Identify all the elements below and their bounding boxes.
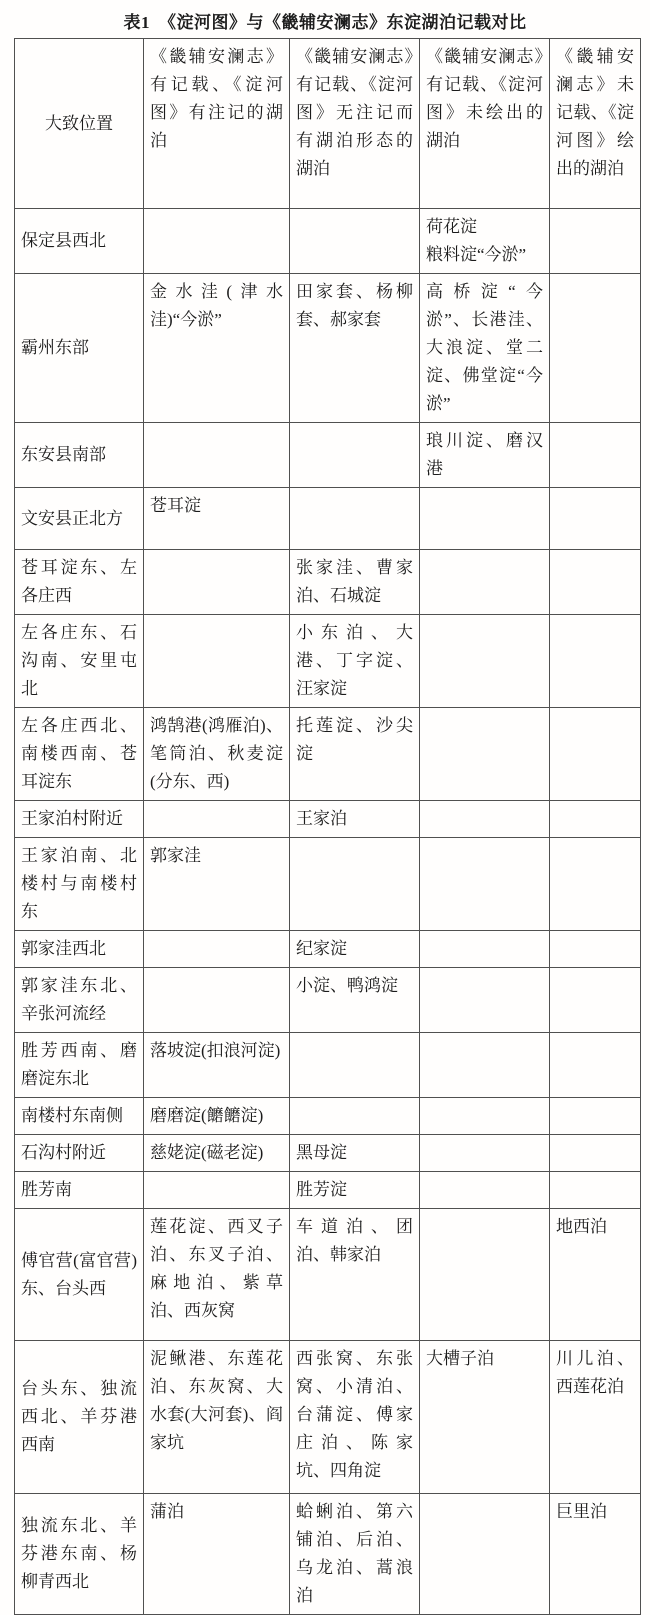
position-cell: 苍耳淀东、左各庄西: [15, 550, 144, 615]
not-drawn-lakes-cell: 大槽子泊: [420, 1341, 550, 1494]
map-only-lakes-cell: [550, 1172, 641, 1209]
header-cell-annotated: 《畿辅安澜志》有记载、《淀河图》有注记的湖泊: [144, 39, 290, 209]
table-row: 石沟村附近慈姥淀(磁老淀)黑母淀: [15, 1135, 641, 1172]
map-only-lakes-cell: [550, 708, 641, 801]
table-row: 文安县正北方苍耳淀: [15, 488, 641, 550]
annotated-lakes-cell: 泥鳅港、东莲花泊、东灰窝、大水套(大河套)、阎家坑: [144, 1341, 290, 1494]
map-only-lakes-cell: [550, 1098, 641, 1135]
map-only-lakes-cell: [550, 423, 641, 488]
shape-only-lakes-cell: 张家洼、曹家泊、石城淀: [290, 550, 420, 615]
map-only-lakes-cell: 巨里泊: [550, 1494, 641, 1615]
not-drawn-lakes-cell: [420, 1098, 550, 1135]
shape-only-lakes-cell: [290, 838, 420, 931]
position-cell: 南楼村东南侧: [15, 1098, 144, 1135]
annotated-lakes-cell: 蒲泊: [144, 1494, 290, 1615]
annotated-lakes-cell: 落坡淀(扣浪河淀): [144, 1033, 290, 1098]
table-row: 胜芳南胜芳淀: [15, 1172, 641, 1209]
not-drawn-lakes-cell: [420, 1494, 550, 1615]
not-drawn-lakes-cell: [420, 838, 550, 931]
not-drawn-lakes-cell: [420, 1135, 550, 1172]
annotated-lakes-cell: 莲花淀、西叉子泊、东叉子泊、麻地泊、紫草泊、西灰窝: [144, 1209, 290, 1341]
map-only-lakes-cell: [550, 209, 641, 274]
header-cell-shape-only: 《畿辅安澜志》有记载、《淀河图》无注记而有湖泊形态的湖泊: [290, 39, 420, 209]
document-page: 表1 《淀河图》与《畿辅安澜志》东淀湖泊记载对比 大致位置 《畿辅安澜志》有记载…: [0, 0, 650, 1615]
position-cell: 霸州东部: [15, 274, 144, 423]
position-cell: 胜芳西南、磨磨淀东北: [15, 1033, 144, 1098]
annotated-lakes-cell: [144, 550, 290, 615]
table-row: 独流东北、羊芬港东南、杨柳青西北蒲泊蛤蜊泊、第六铺泊、后泊、乌龙泊、蒿浪泊巨里泊: [15, 1494, 641, 1615]
position-cell: 左各庄西北、南楼西南、苍耳淀东: [15, 708, 144, 801]
table-row: 胜芳西南、磨磨淀东北落坡淀(扣浪河淀): [15, 1033, 641, 1098]
annotated-lakes-cell: [144, 801, 290, 838]
table-row: 左各庄东、石沟南、安里屯北小东泊、大港、丁字淀、汪家淀: [15, 615, 641, 708]
shape-only-lakes-cell: 胜芳淀: [290, 1172, 420, 1209]
annotated-lakes-cell: [144, 209, 290, 274]
position-cell: 独流东北、羊芬港东南、杨柳青西北: [15, 1494, 144, 1615]
shape-only-lakes-cell: 蛤蜊泊、第六铺泊、后泊、乌龙泊、蒿浪泊: [290, 1494, 420, 1615]
not-drawn-lakes-cell: [420, 615, 550, 708]
map-only-lakes-cell: 川儿泊、西莲花泊: [550, 1341, 641, 1494]
annotated-lakes-cell: 金水洼(津水洼)“今淤”: [144, 274, 290, 423]
map-only-lakes-cell: [550, 488, 641, 550]
shape-only-lakes-cell: 黑母淀: [290, 1135, 420, 1172]
table-row: 王家泊村附近王家泊: [15, 801, 641, 838]
not-drawn-lakes-cell: [420, 550, 550, 615]
annotated-lakes-cell: [144, 931, 290, 968]
map-only-lakes-cell: [550, 1033, 641, 1098]
lake-comparison-table: 大致位置 《畿辅安澜志》有记载、《淀河图》有注记的湖泊 《畿辅安澜志》有记载、《…: [14, 38, 641, 1615]
shape-only-lakes-cell: 小淀、鸭鸿淀: [290, 968, 420, 1033]
not-drawn-lakes-cell: [420, 931, 550, 968]
not-drawn-lakes-cell: 高桥淀“今淤”、长港洼、大浪淀、堂二淀、佛堂淀“今淤”: [420, 274, 550, 423]
shape-only-lakes-cell: 托莲淀、沙尖淀: [290, 708, 420, 801]
position-cell: 郭家洼东北、辛张河流经: [15, 968, 144, 1033]
table-body: 保定县西北荷花淀 粮料淀“今淤”霸州东部金水洼(津水洼)“今淤”田家套、杨柳套、…: [15, 209, 641, 1615]
shape-only-lakes-cell: 纪家淀: [290, 931, 420, 968]
annotated-lakes-cell: 磨磨淀(饝饝淀): [144, 1098, 290, 1135]
map-only-lakes-cell: [550, 838, 641, 931]
table-row: 东安县南部琅川淀、磨汉港: [15, 423, 641, 488]
table-row: 郭家洼西北纪家淀: [15, 931, 641, 968]
table-row: 霸州东部金水洼(津水洼)“今淤”田家套、杨柳套、郝家套高桥淀“今淤”、长港洼、大…: [15, 274, 641, 423]
position-cell: 台头东、独流西北、羊芬港西南: [15, 1341, 144, 1494]
header-cell-not-drawn: 《畿辅安澜志》有记载、《淀河图》未绘出的湖泊: [420, 39, 550, 209]
table-row: 王家泊南、北楼村与南楼村东郭家洼: [15, 838, 641, 931]
annotated-lakes-cell: 郭家洼: [144, 838, 290, 931]
shape-only-lakes-cell: 田家套、杨柳套、郝家套: [290, 274, 420, 423]
table-row: 左各庄西北、南楼西南、苍耳淀东鸿鹄港(鸿雁泊)、笔筒泊、秋麦淀(分东、西)托莲淀…: [15, 708, 641, 801]
annotated-lakes-cell: 慈姥淀(磁老淀): [144, 1135, 290, 1172]
not-drawn-lakes-cell: [420, 488, 550, 550]
annotated-lakes-cell: [144, 423, 290, 488]
map-only-lakes-cell: 地西泊: [550, 1209, 641, 1341]
table-row: 南楼村东南侧磨磨淀(饝饝淀): [15, 1098, 641, 1135]
map-only-lakes-cell: [550, 931, 641, 968]
not-drawn-lakes-cell: [420, 1033, 550, 1098]
position-cell: 石沟村附近: [15, 1135, 144, 1172]
map-only-lakes-cell: [550, 968, 641, 1033]
not-drawn-lakes-cell: [420, 1172, 550, 1209]
table-row: 苍耳淀东、左各庄西张家洼、曹家泊、石城淀: [15, 550, 641, 615]
position-cell: 傅官营(富官营)东、台头西: [15, 1209, 144, 1341]
not-drawn-lakes-cell: 琅川淀、磨汉港: [420, 423, 550, 488]
table-row: 郭家洼东北、辛张河流经小淀、鸭鸿淀: [15, 968, 641, 1033]
not-drawn-lakes-cell: [420, 1209, 550, 1341]
annotated-lakes-cell: [144, 615, 290, 708]
not-drawn-lakes-cell: [420, 801, 550, 838]
position-cell: 左各庄东、石沟南、安里屯北: [15, 615, 144, 708]
annotated-lakes-cell: [144, 1172, 290, 1209]
table-row: 保定县西北荷花淀 粮料淀“今淤”: [15, 209, 641, 274]
map-only-lakes-cell: [550, 550, 641, 615]
map-only-lakes-cell: [550, 615, 641, 708]
table-row: 台头东、独流西北、羊芬港西南泥鳅港、东莲花泊、东灰窝、大水套(大河套)、阎家坑西…: [15, 1341, 641, 1494]
map-only-lakes-cell: [550, 274, 641, 423]
not-drawn-lakes-cell: [420, 708, 550, 801]
shape-only-lakes-cell: 小东泊、大港、丁字淀、汪家淀: [290, 615, 420, 708]
annotated-lakes-cell: 鸿鹄港(鸿雁泊)、笔筒泊、秋麦淀(分东、西): [144, 708, 290, 801]
position-cell: 王家泊村附近: [15, 801, 144, 838]
shape-only-lakes-cell: 西张窝、东张窝、小清泊、台蒲淀、傅家庄泊、陈家坑、四角淀: [290, 1341, 420, 1494]
header-cell-position: 大致位置: [15, 39, 144, 209]
annotated-lakes-cell: [144, 968, 290, 1033]
position-cell: 东安县南部: [15, 423, 144, 488]
table-caption: 表1 《淀河图》与《畿辅安澜志》东淀湖泊记载对比: [0, 0, 650, 38]
shape-only-lakes-cell: [290, 488, 420, 550]
table-row: 傅官营(富官营)东、台头西莲花淀、西叉子泊、东叉子泊、麻地泊、紫草泊、西灰窝车道…: [15, 1209, 641, 1341]
not-drawn-lakes-cell: [420, 968, 550, 1033]
position-cell: 郭家洼西北: [15, 931, 144, 968]
position-cell: 王家泊南、北楼村与南楼村东: [15, 838, 144, 931]
shape-only-lakes-cell: [290, 209, 420, 274]
not-drawn-lakes-cell: 荷花淀 粮料淀“今淤”: [420, 209, 550, 274]
shape-only-lakes-cell: [290, 1033, 420, 1098]
shape-only-lakes-cell: [290, 423, 420, 488]
position-cell: 保定县西北: [15, 209, 144, 274]
shape-only-lakes-cell: 王家泊: [290, 801, 420, 838]
map-only-lakes-cell: [550, 1135, 641, 1172]
annotated-lakes-cell: 苍耳淀: [144, 488, 290, 550]
map-only-lakes-cell: [550, 801, 641, 838]
shape-only-lakes-cell: 车道泊、团泊、韩家泊: [290, 1209, 420, 1341]
position-cell: 文安县正北方: [15, 488, 144, 550]
header-row: 大致位置 《畿辅安澜志》有记载、《淀河图》有注记的湖泊 《畿辅安澜志》有记载、《…: [15, 39, 641, 209]
header-cell-map-only: 《畿辅安澜志》未记载、《淀河图》绘出的湖泊: [550, 39, 641, 209]
shape-only-lakes-cell: [290, 1098, 420, 1135]
position-cell: 胜芳南: [15, 1172, 144, 1209]
